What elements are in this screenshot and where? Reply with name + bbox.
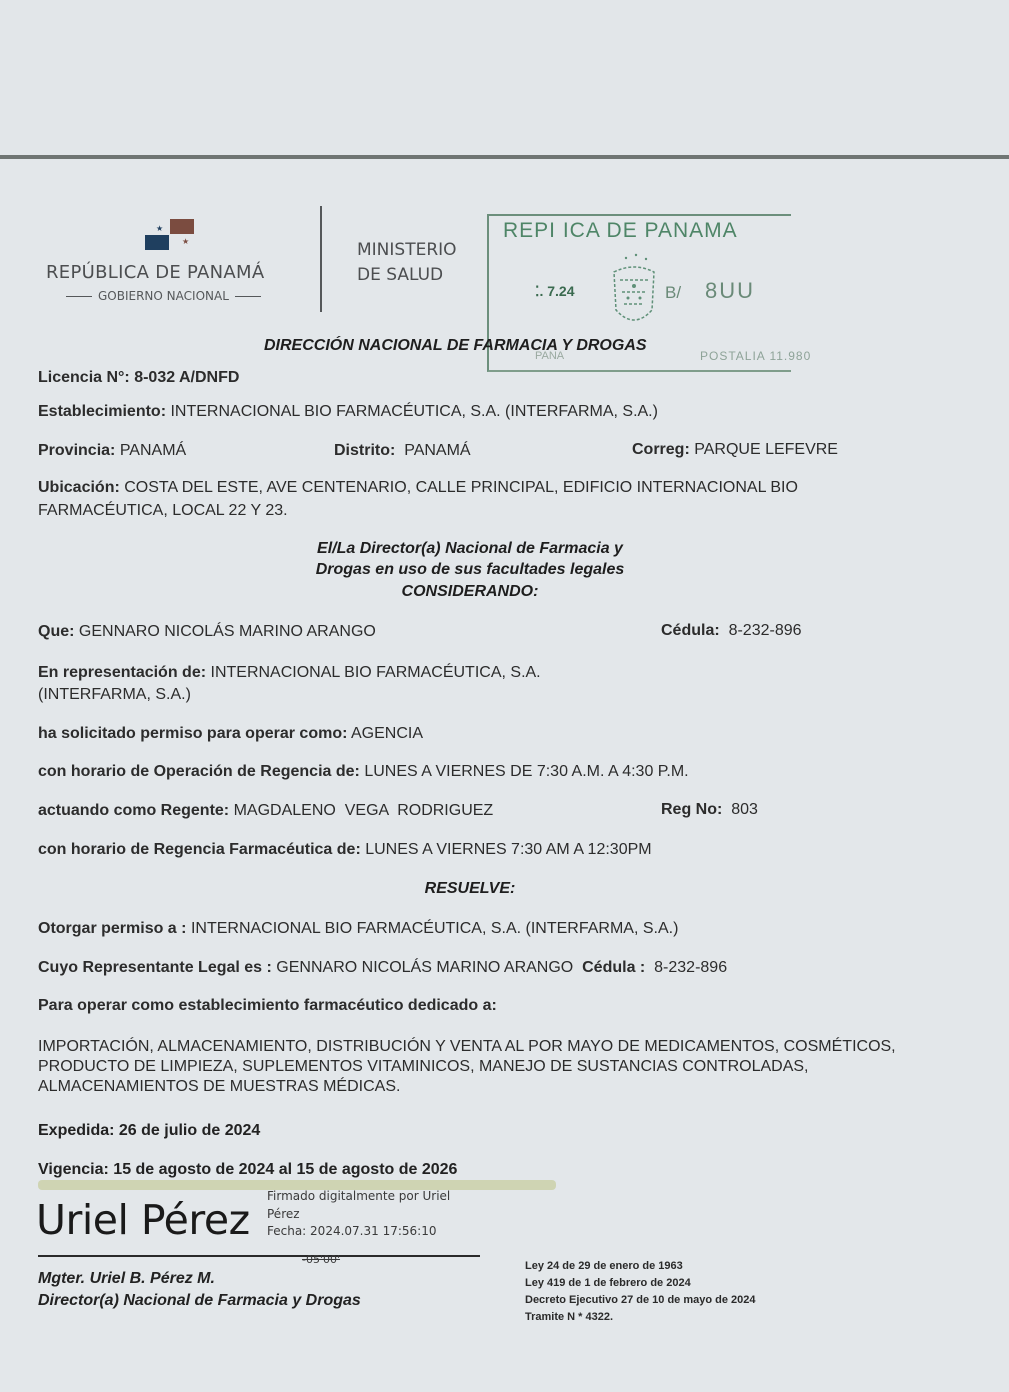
purpose-label: Para operar como establecimiento farmacé… <box>38 996 497 1016</box>
signature-timezone: -05'00' <box>302 1253 340 1266</box>
establishment-field: Establecimiento: INTERNACIONAL BIO FARMA… <box>38 402 658 422</box>
considering-heading: CONSIDERANDO: <box>200 582 740 602</box>
country-name: REPÚBLICA DE PANAMÁ <box>46 262 265 283</box>
stamp-amount: 8UU <box>705 278 755 304</box>
header-divider <box>320 206 322 312</box>
resolves-heading: RESUELVE: <box>200 879 740 899</box>
legal-references: Ley 24 de 29 de enero de 1963 Ley 419 de… <box>525 1258 756 1326</box>
purpose-description: IMPORTACIÓN, ALMACENAMIENTO, DISTRIBUCIÓ… <box>38 1037 918 1097</box>
stamp-title: REPI ICA DE PANAMA <box>503 219 738 243</box>
stamp-postalia: POSTALIA 11.980 <box>700 349 811 363</box>
applicant-id-field: Cédula: 8-232-896 <box>661 621 802 641</box>
preamble-line-2: Drogas en uso de sus facultades legales <box>200 560 740 580</box>
legal-reference: Ley 419 de 1 de febrero de 2024 <box>525 1275 756 1292</box>
procedure-number: Tramite N * 4322. <box>525 1309 756 1326</box>
signer-title: Director(a) Nacional de Farmacia y Droga… <box>38 1290 361 1312</box>
pharma-hours-field: con horario de Regencia Farmacéutica de:… <box>38 840 652 860</box>
representing-field: En representación de: INTERNACIONAL BIO … <box>38 663 541 683</box>
government-label: GOBIERNO NACIONAL <box>60 289 267 303</box>
panama-flag-logo-icon: ★ ★ <box>145 218 197 252</box>
legal-reference: Decreto Ejecutivo 27 de 10 de mayo de 20… <box>525 1292 756 1309</box>
ministry-name: MINISTERIO DE SALUD <box>357 238 457 288</box>
signer-name: Mgter. Uriel B. Pérez M. <box>38 1268 361 1290</box>
regent-registration-field: Reg No: 803 <box>661 800 758 820</box>
district-field: Distrito: PANAMÁ <box>334 441 471 461</box>
digital-signature-name: Uriel Pérez <box>36 1196 250 1244</box>
directorate-title: DIRECCIÓN NACIONAL DE FARMACIA Y DROGAS <box>264 336 647 356</box>
applicant-field: Que: GENNARO NICOLÁS MARINO ARANGO <box>38 622 376 642</box>
grant-field: Otorgar permiso a : INTERNACIONAL BIO FA… <box>38 919 678 939</box>
stamp-currency: B/ <box>665 283 681 303</box>
signature-line <box>38 1255 480 1257</box>
legal-representative-field: Cuyo Representante Legal es : GENNARO NI… <box>38 958 727 978</box>
province-field: Provincia: PANAMÁ <box>38 441 186 461</box>
background-surface <box>0 0 1009 158</box>
legal-reference: Ley 24 de 29 de enero de 1963 <box>525 1258 756 1275</box>
signer-block: Mgter. Uriel B. Pérez M. Director(a) Nac… <box>38 1268 361 1312</box>
requested-permit-field: ha solicitado permiso para operar como: … <box>38 724 423 744</box>
corregimiento-field: Correg: PARQUE LEFEVRE <box>632 440 838 460</box>
preamble-line-1: El/La Director(a) Nacional de Farmacia y <box>200 539 740 559</box>
stamp-date: ⁚. 7.24 <box>535 283 574 300</box>
coat-of-arms-icon <box>606 250 662 336</box>
license-number: Licencia N°: 8-032 A/DNFD <box>38 368 239 388</box>
validity-period: Vigencia: 15 de agosto de 2024 al 15 de … <box>38 1160 457 1180</box>
digital-signature-details: Firmado digitalmente por Uriel Pérez Fec… <box>267 1187 450 1241</box>
operation-hours-field: con horario de Operación de Regencia de:… <box>38 762 689 782</box>
regent-field: actuando como Regente: MAGDALENO VEGA RO… <box>38 801 493 821</box>
location-field-continued: FARMACÉUTICA, LOCAL 22 Y 23. <box>38 501 288 521</box>
location-field: Ubicación: COSTA DEL ESTE, AVE CENTENARI… <box>38 478 798 498</box>
issued-date: Expedida: 26 de julio de 2024 <box>38 1121 260 1141</box>
representing-field-continued: (INTERFARMA, S.A.) <box>38 685 191 705</box>
